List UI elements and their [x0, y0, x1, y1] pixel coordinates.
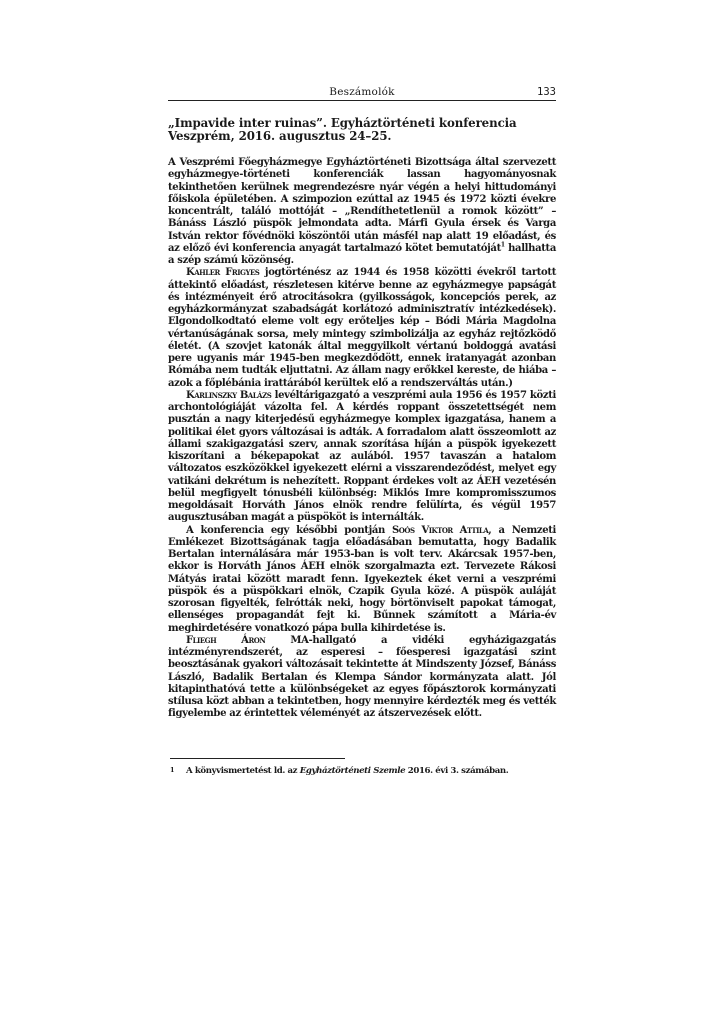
- article-body: A Veszprémi Főegyházmegye Egyháztörténet…: [168, 157, 556, 721]
- article-title-line-2: Veszprém, 2016. augusztus 24–25.: [168, 130, 556, 143]
- paragraph: Kahler Frigyes jogtörténész az 1944 és 1…: [168, 267, 556, 390]
- header-rule: [168, 100, 556, 101]
- footnote-marker: 1: [170, 766, 186, 774]
- footnote-journal-title: Egyháztörténeti Szemle: [300, 766, 405, 776]
- paragraph-text: A konferencia egy későbbi pontján: [186, 525, 392, 536]
- page: Beszámolók 133 „Impavide inter ruinas”. …: [168, 84, 556, 721]
- author-name: Karlinszky Balázs: [186, 390, 271, 401]
- paragraph-text: levéltárigazgató a veszprémi aula 1956 é…: [168, 390, 556, 524]
- footnote-rule: [170, 758, 345, 759]
- paragraph-text: A Veszprémi Főegyházmegye Egyháztörténet…: [168, 157, 556, 254]
- footnote: 1A könyvismertetést ld. az Egyháztörténe…: [170, 766, 556, 776]
- running-head: Beszámolók 133: [168, 84, 556, 100]
- author-name: Fliegh Áron: [186, 635, 265, 646]
- paragraph: A Veszprémi Főegyházmegye Egyháztörténet…: [168, 157, 556, 267]
- paragraph-text: MA-hallgató a vidéki egyházigazgatás int…: [168, 635, 556, 720]
- paragraph: Karlinszky Balázs levéltárigazgató a ves…: [168, 390, 556, 525]
- page-number: 133: [537, 86, 556, 98]
- paragraph-text: jogtörténész az 1944 és 1958 közötti éve…: [168, 267, 556, 388]
- running-head-section: Beszámolók: [168, 86, 556, 98]
- footnote-text-before: A könyvismertetést ld. az: [186, 766, 300, 776]
- author-name: Soós Viktor Attila: [392, 525, 488, 536]
- paragraph: A konferencia egy későbbi pontján Soós V…: [168, 525, 556, 635]
- footnote-text-after: 2016. évi 3. számában.: [405, 766, 508, 776]
- article-title: „Impavide inter ruinas”. Egyháztörténeti…: [168, 117, 556, 143]
- paragraph-text: , a Nemzeti Emlékezet Bizottságának tagj…: [168, 525, 556, 634]
- paragraph: Fliegh Áron MA-hallgató a vidéki egyházi…: [168, 635, 556, 721]
- author-name: Kahler Frigyes: [186, 267, 259, 278]
